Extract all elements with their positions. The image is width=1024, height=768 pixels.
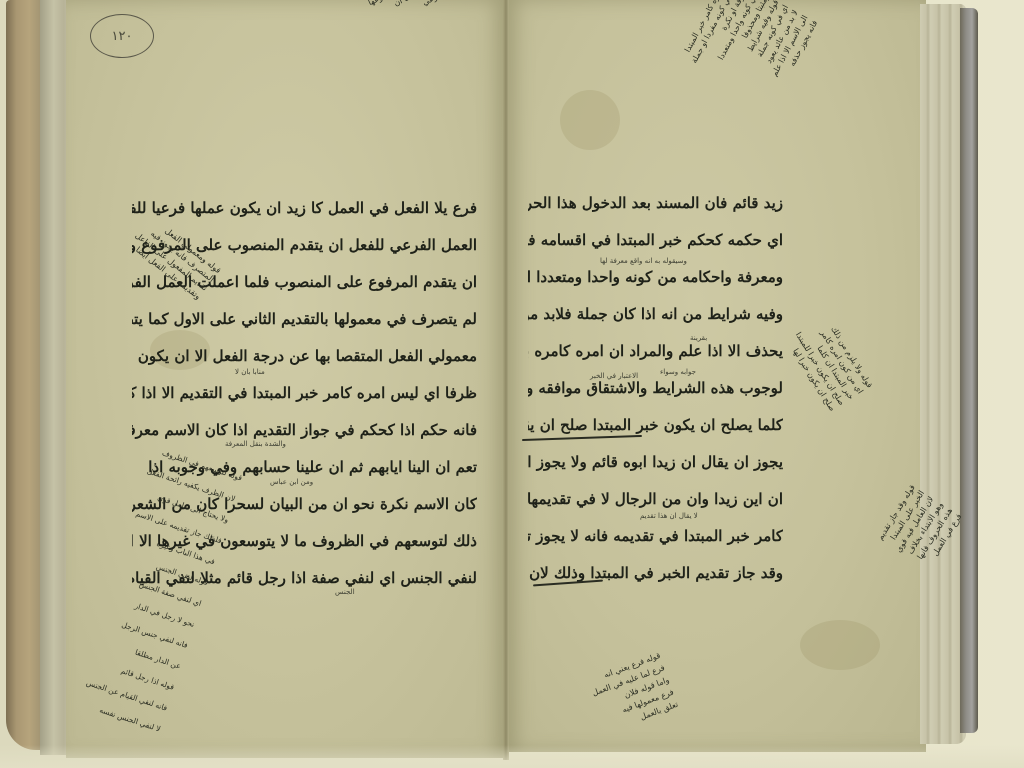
- right-cover-edge: [960, 8, 978, 733]
- text-line: وقد جاز تقديم الخبر في المبتدا وذلك لان …: [528, 555, 783, 592]
- text-line: معمولي الفعل المتقصا بها عن درجة الفعل ا…: [132, 338, 477, 375]
- interlinear-note: لا يقال ان هذا تقديم: [640, 512, 698, 520]
- text-line: فانه حكم اذا كحكم في جواز التقديم اذا كا…: [132, 412, 477, 449]
- text-line: يجوز ان يقال ان زيدا ابوه قائم ولا يجوز …: [528, 444, 783, 481]
- text-line: اي حكمه كحكم خبر المبتدا في اقسامه في كو…: [528, 222, 783, 259]
- interlinear-note: الاعتبار في الخبر: [590, 372, 638, 380]
- interlinear-note: بقرينة: [690, 334, 707, 342]
- interlinear-note: وسيقوله به انه واقع معرفة لها: [600, 257, 687, 265]
- text-line: كامر خبر المبتدا في تقديمه فانه لا يجوز …: [528, 518, 783, 555]
- open-manuscript: ١٢٠ فرع يلا الفعل في العمل كا زيد ان يكو…: [0, 0, 1024, 768]
- text-line: لم يتصرف في معمولها بالتقديم الثاني على …: [132, 301, 477, 338]
- text-line: لوجوب هذه الشرايط والاشتقاق موافقه ولا ي…: [528, 370, 783, 407]
- interlinear-note: منابا بان لا: [235, 368, 265, 376]
- text-line: ظرفا اي ليس امره كامر خبر المبتدا في الت…: [132, 375, 477, 412]
- text-line: فرع يلا الفعل في العمل كا زيد ان يكون عم…: [132, 190, 477, 227]
- text-line: يحذف الا اذا علم والمراد ان امره كامره ب…: [528, 333, 783, 370]
- table-surface: [0, 745, 1024, 768]
- interlinear-note: والشدة بنقل المعرفة: [225, 440, 286, 448]
- interlinear-note: جوابه وسواء: [660, 368, 696, 376]
- text-line: وفيه شرايط من انه اذا كان جملة فلابد من …: [528, 296, 783, 333]
- right-page-main-text: زيد قائم فان المسند بعد الدخول هذا الحرو…: [528, 185, 783, 592]
- paper-stain: [560, 90, 620, 150]
- interlinear-note: ومن ابن عباس: [270, 478, 313, 486]
- interlinear-note: الجنس: [335, 588, 355, 596]
- book-gutter: [503, 0, 509, 760]
